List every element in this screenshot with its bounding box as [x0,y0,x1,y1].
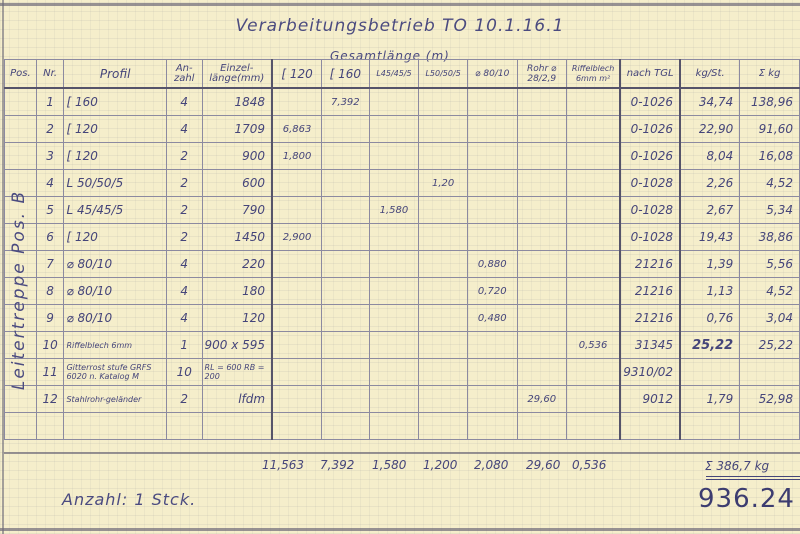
cell-pos [5,143,37,170]
cell-riffel [566,251,620,278]
cell-kgst: 1,13 [680,278,740,305]
total-l45: 1,580 [372,458,406,472]
table-row: 1[ 160418487,3920-102634,74138,96 [5,88,800,116]
cell-nr: 11 [36,359,64,386]
cell-sumkg: 38,86 [740,224,800,251]
header-profil: Profil [64,60,166,89]
cell-l50 [419,88,468,116]
cell-tgl: 21216 [620,278,680,305]
cell-nr: 2 [36,116,64,143]
cell-sumkg: 3,04 [740,305,800,332]
cell-profil: L 50/50/5 [64,170,166,197]
cell-sumkg: 5,34 [740,197,800,224]
header-c120: [ 120 [272,60,322,89]
header-tgl: nach TGL [620,60,680,89]
cell-l50 [419,305,468,332]
total-riffel: 0,536 [572,458,606,472]
cell-tgl: 9012 [620,386,680,413]
cell-l50 [419,359,468,386]
cell-einzel: RL = 600 RB = 200 [202,359,272,386]
cell-profil: Stahlrohr-geländer [64,386,166,413]
cell-rohr [517,305,566,332]
cell-anzahl: 4 [166,88,202,116]
cell-l45 [369,386,419,413]
cell-kgst: 25,22 [680,332,740,359]
cell-tgl: 0-1028 [620,197,680,224]
cell-tgl: 21216 [620,305,680,332]
cell-l45 [369,305,419,332]
top-border [0,3,800,6]
cell-c120: 1,800 [272,143,322,170]
table-row: 4L 50/50/526001,200-10282,264,52 [5,170,800,197]
table-row: 11Gitterrost stufe GRFS 6020 n. Katalog … [5,359,800,386]
cell-einzel: lfdm [202,386,272,413]
cell-anzahl: 2 [166,197,202,224]
cell-anzahl: 2 [166,143,202,170]
cell-rohr [517,332,566,359]
cell-l50 [419,143,468,170]
header-anzahl: An-zahl [166,60,202,89]
cell-anzahl: 4 [166,278,202,305]
cell-l50 [419,224,468,251]
cell-einzel: 900 [202,143,272,170]
header-flach: ⌀ 80/10 [467,60,517,89]
cell-c120 [272,197,322,224]
cell-flach [467,116,517,143]
cell-rohr [517,224,566,251]
grand-total: 936.24 [698,484,795,514]
cell-kgst: 19,43 [680,224,740,251]
cell-rohr [517,143,566,170]
cell-nr: 5 [36,197,64,224]
cell-anzahl: 10 [166,359,202,386]
cell-einzel: 600 [202,170,272,197]
cell-l50 [419,251,468,278]
cell-nr: 8 [36,278,64,305]
cell-sumkg [740,359,800,386]
total-c160: 7,392 [320,458,354,472]
cell-sumkg: 25,22 [740,332,800,359]
cell-einzel: 120 [202,305,272,332]
cell-riffel [566,278,620,305]
cell-sumkg: 91,60 [740,116,800,143]
cell-rohr [517,116,566,143]
cell-profil: [ 160 [64,88,166,116]
cell-kgst: 2,67 [680,197,740,224]
cell-l45: 1,580 [369,197,419,224]
cell-riffel [566,197,620,224]
cell-l45 [369,278,419,305]
cell-kgst: 8,04 [680,143,740,170]
cell-l50: 1,20 [419,170,468,197]
cell-nr: 12 [36,386,64,413]
cell-riffel [566,386,620,413]
cell-tgl: 9310/02 [620,359,680,386]
cell-c160 [322,251,370,278]
cell-profil: ⌀ 80/10 [64,251,166,278]
header-pos: Pos. [5,60,37,89]
cell-flach: 0,720 [467,278,517,305]
header-nr: Nr. [36,60,64,89]
cell-anzahl: 4 [166,305,202,332]
cell-sumkg: 4,52 [740,170,800,197]
header-kgst: kg/St. [680,60,740,89]
cell-rohr [517,278,566,305]
cell-riffel [566,359,620,386]
cell-rohr [517,197,566,224]
cell-c160 [322,359,370,386]
cell-l45 [369,88,419,116]
sum-underline [706,476,800,477]
side-label: Leitertreppe Pos. B [8,170,30,410]
side-label-text: Leitertreppe Pos. B [9,190,29,390]
cell-riffel [566,143,620,170]
cell-kgst: 1,79 [680,386,740,413]
cell-einzel: 900 x 595 [202,332,272,359]
cell-flach [467,386,517,413]
cell-c160 [322,116,370,143]
document-title: Verarbeitungsbetrieb TO 10.1.16.1 [0,16,800,36]
bottom-border [0,528,800,531]
cell-l50 [419,116,468,143]
cell-tgl: 31345 [620,332,680,359]
cell-riffel [566,88,620,116]
cell-c160 [322,278,370,305]
cell-riffel [566,116,620,143]
total-flach: 2,080 [474,458,508,472]
cell-profil: L 45/45/5 [64,197,166,224]
cell-sumkg: 5,56 [740,251,800,278]
cell-l50 [419,332,468,359]
cell-anzahl: 1 [166,332,202,359]
cell-flach [467,332,517,359]
table-row: 12Stahlrohr-geländer2lfdm29,6090121,7952… [5,386,800,413]
cell-nr: 4 [36,170,64,197]
cell-l50 [419,278,468,305]
quantity-note: Anzahl: 1 Stck. [62,490,196,509]
cell-flach [467,143,517,170]
cell-l45 [369,332,419,359]
cell-pos [5,116,37,143]
cell-einzel: 180 [202,278,272,305]
cell-rohr: 29,60 [517,386,566,413]
cell-tgl: 0-1026 [620,143,680,170]
cell-c120: 2,900 [272,224,322,251]
cell-anzahl: 4 [166,116,202,143]
cell-riffel [566,305,620,332]
parts-list-sheet: Verarbeitungsbetrieb TO 10.1.16.1 Gesamt… [0,0,800,534]
table-row-empty [5,413,800,440]
cell-profil: Gitterrost stufe GRFS 6020 n. Katalog M [64,359,166,386]
cell-kgst [680,359,740,386]
cell-c120: 6,863 [272,116,322,143]
cell-nr: 3 [36,143,64,170]
cell-profil: ⌀ 80/10 [64,278,166,305]
cell-rohr [517,88,566,116]
table-row: 10Riffelblech 6mm1900 x 5950,5363134525,… [5,332,800,359]
cell-sumkg: 16,08 [740,143,800,170]
cell-anzahl: 2 [166,386,202,413]
cell-nr: 10 [36,332,64,359]
cell-anzahl: 2 [166,224,202,251]
cell-c160 [322,170,370,197]
cell-l45 [369,116,419,143]
cell-einzel: 1450 [202,224,272,251]
total-c120: 11,563 [262,458,304,472]
cell-c160 [322,224,370,251]
table-row: 5L 45/45/527901,5800-10282,675,34 [5,197,800,224]
table-row: 9⌀ 80/1041200,480212160,763,04 [5,305,800,332]
cell-c160 [322,197,370,224]
table-header-row: Pos. Nr. Profil An-zahl Einzel-länge(mm)… [5,60,800,89]
cell-kgst: 0,76 [680,305,740,332]
cell-c160 [322,386,370,413]
cell-kgst: 1,39 [680,251,740,278]
cell-l45 [369,170,419,197]
cell-einzel: 220 [202,251,272,278]
cell-c120 [272,170,322,197]
cell-c120 [272,251,322,278]
cell-c120 [272,359,322,386]
cell-riffel [566,224,620,251]
cell-c160 [322,143,370,170]
cell-l45 [369,224,419,251]
cell-sumkg: 138,96 [740,88,800,116]
cell-tgl: 0-1028 [620,170,680,197]
cell-riffel: 0,536 [566,332,620,359]
table-row: 7⌀ 80/1042200,880212161,395,56 [5,251,800,278]
header-einzellaenge: Einzel-länge(mm) [202,60,272,89]
cell-kgst: 34,74 [680,88,740,116]
header-sumkg: Σ kg [740,60,800,89]
header-l50: L50/50/5 [419,60,468,89]
table-row: 3[ 12029001,8000-10268,0416,08 [5,143,800,170]
cell-tgl: 0-1028 [620,224,680,251]
parts-table: Pos. Nr. Profil An-zahl Einzel-länge(mm)… [4,59,800,440]
total-rohr: 29,60 [526,458,560,472]
table-row: 2[ 120417096,8630-102622,9091,60 [5,116,800,143]
cell-l50 [419,386,468,413]
cell-einzel: 1709 [202,116,272,143]
header-l45: L45/45/5 [369,60,419,89]
cell-flach: 0,480 [467,305,517,332]
cell-flach [467,170,517,197]
sum-underline-2 [706,479,800,480]
cell-tgl: 0-1026 [620,116,680,143]
cell-profil: ⌀ 80/10 [64,305,166,332]
table-row: 6[ 120214502,9000-102819,4338,86 [5,224,800,251]
cell-nr: 6 [36,224,64,251]
cell-pos [5,88,37,116]
cell-rohr [517,170,566,197]
cell-profil: [ 120 [64,224,166,251]
table-row: 8⌀ 80/1041800,720212161,134,52 [5,278,800,305]
cell-flach [467,359,517,386]
cell-flach [467,197,517,224]
total-l50: 1,200 [423,458,457,472]
cell-sumkg: 4,52 [740,278,800,305]
cell-l45 [369,143,419,170]
cell-rohr [517,251,566,278]
cell-kgst: 22,90 [680,116,740,143]
cell-sumkg: 52,98 [740,386,800,413]
cell-c160 [322,332,370,359]
cell-anzahl: 4 [166,251,202,278]
cell-flach: 0,880 [467,251,517,278]
cell-flach [467,224,517,251]
header-riffel: Riffelblech 6mm m² [566,60,620,89]
cell-l45 [369,251,419,278]
header-c160: [ 160 [322,60,370,89]
cell-nr: 7 [36,251,64,278]
cell-c120 [272,305,322,332]
cell-profil: [ 120 [64,143,166,170]
cell-einzel: 790 [202,197,272,224]
cell-c120 [272,332,322,359]
cell-tgl: 21216 [620,251,680,278]
cell-nr: 9 [36,305,64,332]
cell-einzel: 1848 [202,88,272,116]
cell-c160 [322,305,370,332]
cell-c120 [272,88,322,116]
cell-riffel [566,170,620,197]
cell-l50 [419,197,468,224]
cell-rohr [517,359,566,386]
cell-l45 [369,359,419,386]
total-sum-kg: Σ 386,7 kg [705,459,769,473]
cell-flach [467,88,517,116]
cell-anzahl: 2 [166,170,202,197]
cell-kgst: 2,26 [680,170,740,197]
cell-c160: 7,392 [322,88,370,116]
cell-c120 [272,386,322,413]
totals-divider [4,452,800,454]
cell-nr: 1 [36,88,64,116]
cell-c120 [272,278,322,305]
cell-profil: [ 120 [64,116,166,143]
header-rohr: Rohr ⌀ 28/2,9 [517,60,566,89]
table-body: 1[ 160418487,3920-102634,74138,962[ 1204… [5,88,800,413]
cell-tgl: 0-1026 [620,88,680,116]
cell-profil: Riffelblech 6mm [64,332,166,359]
